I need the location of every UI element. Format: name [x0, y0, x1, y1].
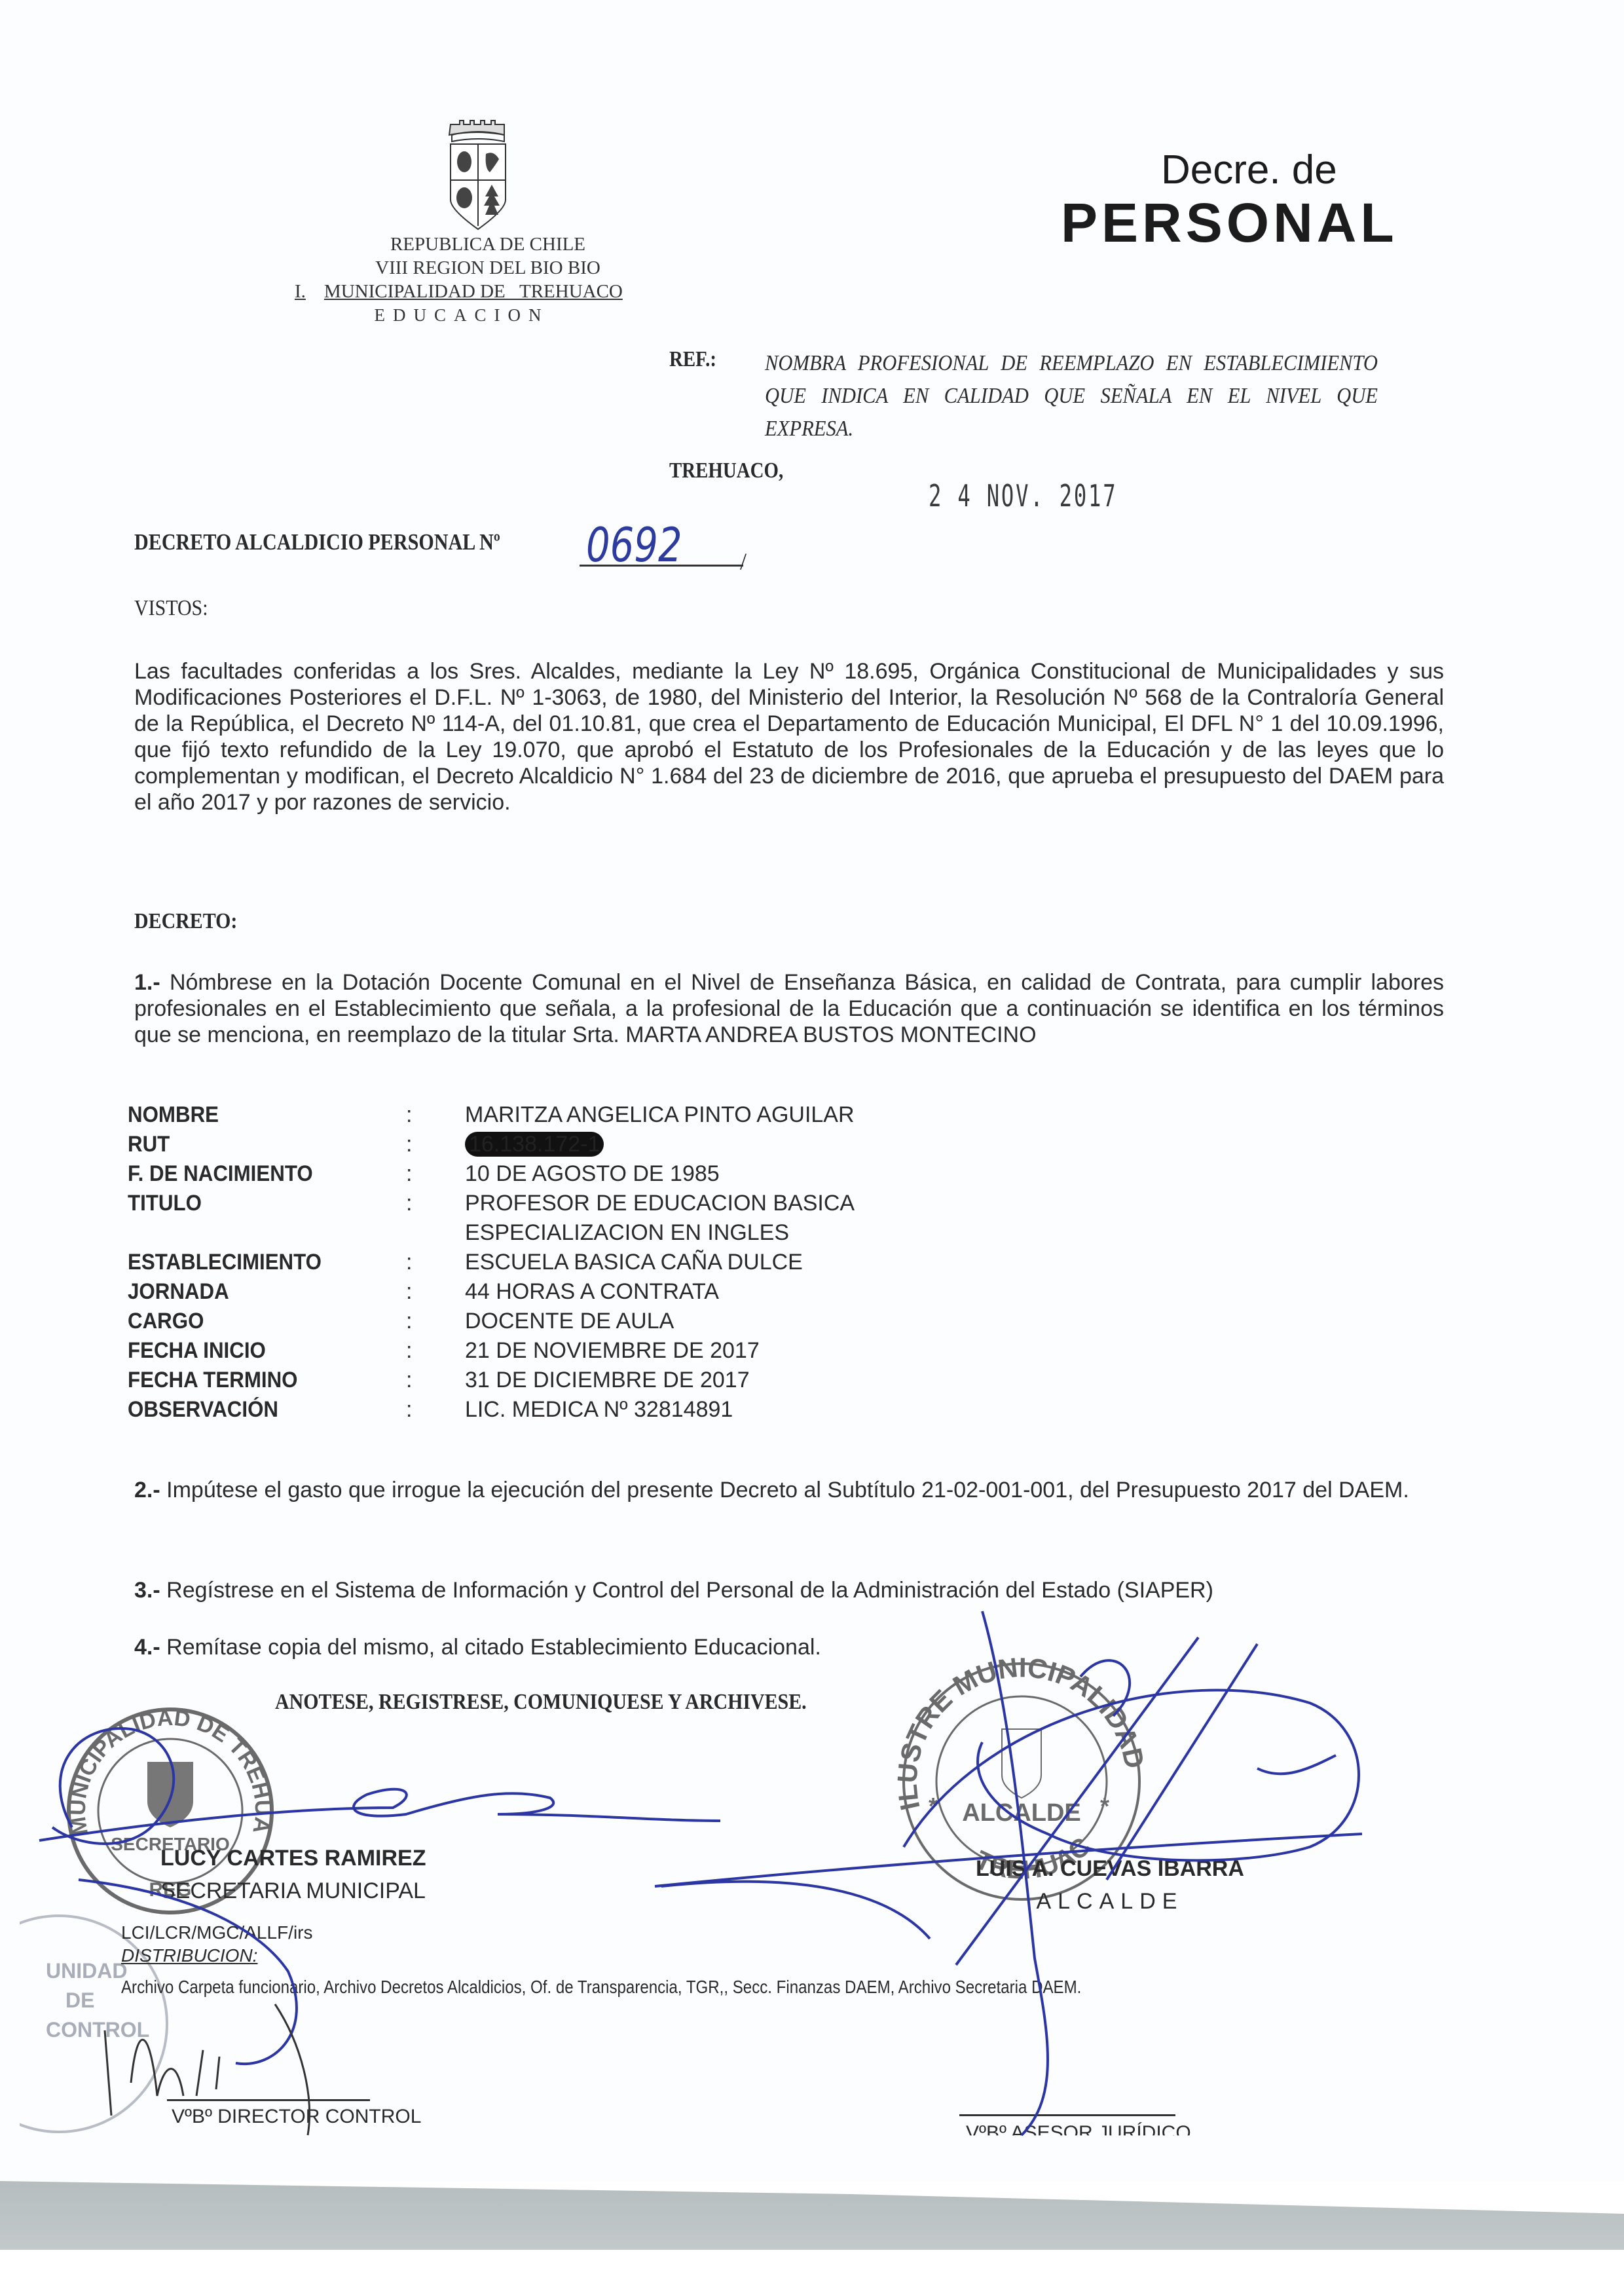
- mayor-signature-block: LUIS A. CUEVAS IBARRA ALCALDE: [976, 1852, 1244, 1918]
- scanner-edge: [0, 2174, 1624, 2250]
- field-value: 21 DE NOVIEMBRE DE 2017: [465, 1336, 760, 1366]
- mayor-name: LUIS A. CUEVAS IBARRA: [976, 1852, 1244, 1885]
- field-row: ESTABLECIMIENTO:ESCUELA BASICA CAÑA DULC…: [128, 1248, 979, 1277]
- field-value: PROFESOR DE EDUCACION BASICA ESPECIALIZA…: [465, 1189, 855, 1248]
- reference-text: NOMBRA PROFESIONAL DE REEMPLAZO EN ESTAB…: [765, 347, 1378, 445]
- field-value: 10 DE AGOSTO DE 1985: [465, 1159, 720, 1189]
- distribution-text: Archivo Carpeta funcionario, Archivo Dec…: [121, 1977, 1081, 1998]
- control-stamp-line1: UNIDAD: [46, 1959, 127, 1983]
- field-value: LIC. MEDICA Nº 32814891: [465, 1395, 733, 1425]
- mayor-stamp-ring: ILUSTRE MUNICIPALIDAD: [897, 1657, 1146, 1813]
- control-stamp-line3: CONTROL: [46, 2018, 149, 2042]
- field-row: FECHA TERMINO:31 DE DICIEMBRE DE 2017: [128, 1366, 979, 1395]
- decree-type-stamp: Decre. de PERSONAL: [1100, 147, 1398, 252]
- field-row: NOMBRE:MARITZA ANGELICA PINTO AGUILAR: [128, 1100, 979, 1130]
- field-label: ESTABLECIMIENTO: [128, 1248, 384, 1277]
- distribution-label: DISTRIBUCION:: [121, 1945, 257, 1966]
- mayor-role: ALCALDE: [976, 1885, 1244, 1918]
- mayor-signature-flourish: [1257, 1755, 1336, 1774]
- letterhead-department: EDUCACION: [275, 303, 701, 327]
- secretary-role: SECRETARIA MUNICIPAL: [160, 1875, 426, 1907]
- field-separator: :: [406, 1366, 465, 1395]
- article-number: 1.-: [134, 970, 160, 995]
- legal-advisor-signature-line: [959, 2114, 1175, 2116]
- decree-number-label: DECRETO ALCALDICIO PERSONAL Nº: [134, 529, 500, 555]
- field-separator: :: [406, 1307, 465, 1336]
- field-row: F. DE NACIMIENTO:10 DE AGOSTO DE 1985: [128, 1159, 979, 1189]
- field-label: OBSERVACIÓN: [128, 1395, 384, 1425]
- field-value-redacted: 16.138.172-1: [465, 1130, 604, 1159]
- document-page: REPUBLICA DE CHILE VIII REGION DEL BIO B…: [0, 0, 1624, 2181]
- field-value: 44 HORAS A CONTRATA: [465, 1277, 719, 1307]
- article-1: 1.- Nómbrese en la Dotación Docente Comu…: [134, 969, 1444, 1048]
- article-number: 3.-: [134, 1578, 160, 1603]
- article-text: Regístrese en el Sistema de Información …: [166, 1578, 1213, 1603]
- place: TREHUACO,: [669, 458, 783, 483]
- redaction-mark: 16.138.172-1: [465, 1132, 604, 1157]
- field-separator: :: [406, 1395, 465, 1425]
- mayor-signature-stroke: [661, 1882, 930, 1939]
- letterhead: REPUBLICA DE CHILE VIII REGION DEL BIO B…: [275, 233, 701, 327]
- article-3: 3.- Regístrese en el Sistema de Informac…: [134, 1577, 1444, 1603]
- director-control-signature-line: [167, 2099, 370, 2101]
- asterisk-icon: *: [1100, 1793, 1109, 1819]
- reference-label: REF.:: [669, 347, 716, 372]
- field-separator: :: [406, 1159, 465, 1189]
- decreto-heading: DECRETO:: [134, 909, 237, 934]
- closing-formula: ANOTESE, REGISTRESE, COMUNIQUESE Y ARCHI…: [275, 1690, 807, 1715]
- decree-number-handwritten: 0692: [586, 517, 682, 572]
- control-stamp-line2: DE: [65, 1988, 94, 2012]
- director-control-label: VºBº DIRECTOR CONTROL: [172, 2106, 421, 2128]
- initials: LCI/LCR/MGC/ALLF/irs: [121, 1922, 313, 1943]
- secretary-name: LUCY CARTES RAMIREZ: [160, 1842, 426, 1875]
- letterhead-region: VIII REGION DEL BIO BIO: [275, 256, 701, 280]
- field-separator: :: [406, 1130, 465, 1159]
- field-label: CARGO: [128, 1307, 384, 1336]
- article-2: 2.- Impútese el gasto que irrogue la eje…: [134, 1477, 1444, 1503]
- article-number: 2.-: [134, 1478, 160, 1502]
- asterisk-icon: *: [929, 1793, 938, 1819]
- field-label: FECHA INICIO: [128, 1336, 384, 1366]
- letterhead-prefix: I.: [295, 281, 306, 302]
- article-text: Remítase copia del mismo, al citado Esta…: [166, 1635, 821, 1660]
- field-value: MARITZA ANGELICA PINTO AGUILAR: [465, 1100, 855, 1130]
- decree-type-line2: PERSONAL: [1061, 193, 1398, 252]
- field-label: TITULO: [128, 1189, 384, 1248]
- article-number: 4.-: [134, 1635, 160, 1660]
- decree-number-suffix: /: [740, 548, 747, 575]
- field-value: ESCUELA BASICA CAÑA DULCE: [465, 1248, 803, 1277]
- field-separator: :: [406, 1336, 465, 1366]
- field-value: 31 DE DICIEMBRE DE 2017: [465, 1366, 750, 1395]
- field-separator: :: [406, 1248, 465, 1277]
- article-4: 4.- Remítase copia del mismo, al citado …: [134, 1634, 1444, 1660]
- article-text: Impútese el gasto que irrogue la ejecuci…: [166, 1478, 1409, 1502]
- vistos-text: Las facultades conferidas a los Sres. Al…: [134, 658, 1444, 815]
- field-label: F. DE NACIMIENTO: [128, 1159, 384, 1189]
- field-row: FECHA INICIO:21 DE NOVIEMBRE DE 2017: [128, 1336, 979, 1366]
- date-stamp: 2 4 NOV. 2017: [929, 478, 1117, 513]
- municipal-coat-of-arms-icon: [445, 118, 511, 233]
- field-row: CARGO:DOCENTE DE AULA: [128, 1307, 979, 1336]
- field-label: RUT: [128, 1130, 384, 1159]
- field-separator: :: [406, 1277, 465, 1307]
- field-value: DOCENTE DE AULA: [465, 1307, 674, 1336]
- secretary-signature-block: LUCY CARTES RAMIREZ SECRETARIA MUNICIPAL: [160, 1842, 426, 1907]
- letterhead-municipality: MUNICIPALIDAD DE TREHUACO: [324, 281, 623, 302]
- letterhead-republic: REPUBLICA DE CHILE: [275, 233, 701, 256]
- mayor-stamp-center: ALCALDE: [962, 1799, 1081, 1827]
- field-row: OBSERVACIÓN:LIC. MEDICA Nº 32814891: [128, 1395, 979, 1425]
- field-label: FECHA TERMINO: [128, 1366, 384, 1395]
- field-row: JORNADA:44 HORAS A CONTRATA: [128, 1277, 979, 1307]
- field-separator: :: [406, 1100, 465, 1130]
- field-label: JORNADA: [128, 1277, 384, 1307]
- article-text: Nómbrese en la Dotación Docente Comunal …: [134, 970, 1444, 1047]
- legal-advisor-label: VºBº ASESOR JURÍDICO: [966, 2122, 1191, 2144]
- vistos-heading: VISTOS:: [134, 596, 208, 621]
- director-signature-stroke: [196, 2050, 219, 2096]
- decree-type-line1: Decre. de: [1100, 147, 1398, 193]
- field-row: RUT:16.138.172-1: [128, 1130, 979, 1159]
- appointee-fields: NOMBRE:MARITZA ANGELICA PINTO AGUILARRUT…: [128, 1100, 979, 1425]
- svg-text:ILUSTRE MUNICIPALIDAD: ILUSTRE MUNICIPALIDAD: [897, 1657, 1146, 1813]
- field-label: NOMBRE: [128, 1100, 384, 1130]
- field-separator: :: [406, 1189, 465, 1248]
- field-row: TITULO:PROFESOR DE EDUCACION BASICA ESPE…: [128, 1189, 979, 1248]
